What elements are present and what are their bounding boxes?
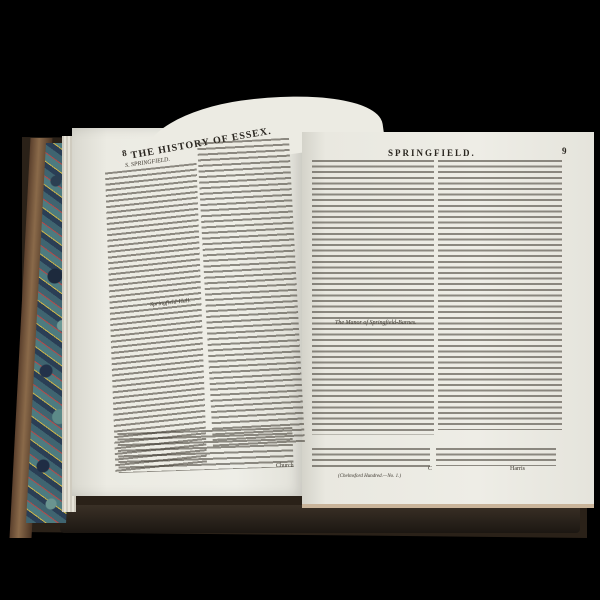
signature-mark: C: [428, 466, 432, 472]
right-footnotes-1: [312, 448, 430, 470]
right-catchword: Harris: [510, 466, 525, 472]
right-text-column-1: [312, 160, 434, 435]
right-running-head: SPRINGFIELD.: [388, 148, 476, 158]
hundred-imprint: (Chelmsford Hundred.—No. 1.): [338, 474, 401, 479]
right-text-column-2: [438, 160, 562, 430]
left-text-column-2: [197, 138, 305, 447]
left-footnotes: [117, 427, 293, 473]
left-catchword: Church: [276, 463, 294, 469]
book-photo: 8 THE HISTORY OF ESSEX. S. SPRINGFIELD. …: [0, 0, 600, 600]
page-gilt-edge: [302, 504, 594, 508]
right-page-number: 9: [562, 146, 568, 156]
book-bottom-edge: [60, 505, 580, 533]
left-text-column-1: [105, 163, 207, 473]
right-footnotes-2: [436, 448, 556, 466]
right-subheading: The Manor of Springfield-Barnes.: [335, 320, 417, 326]
